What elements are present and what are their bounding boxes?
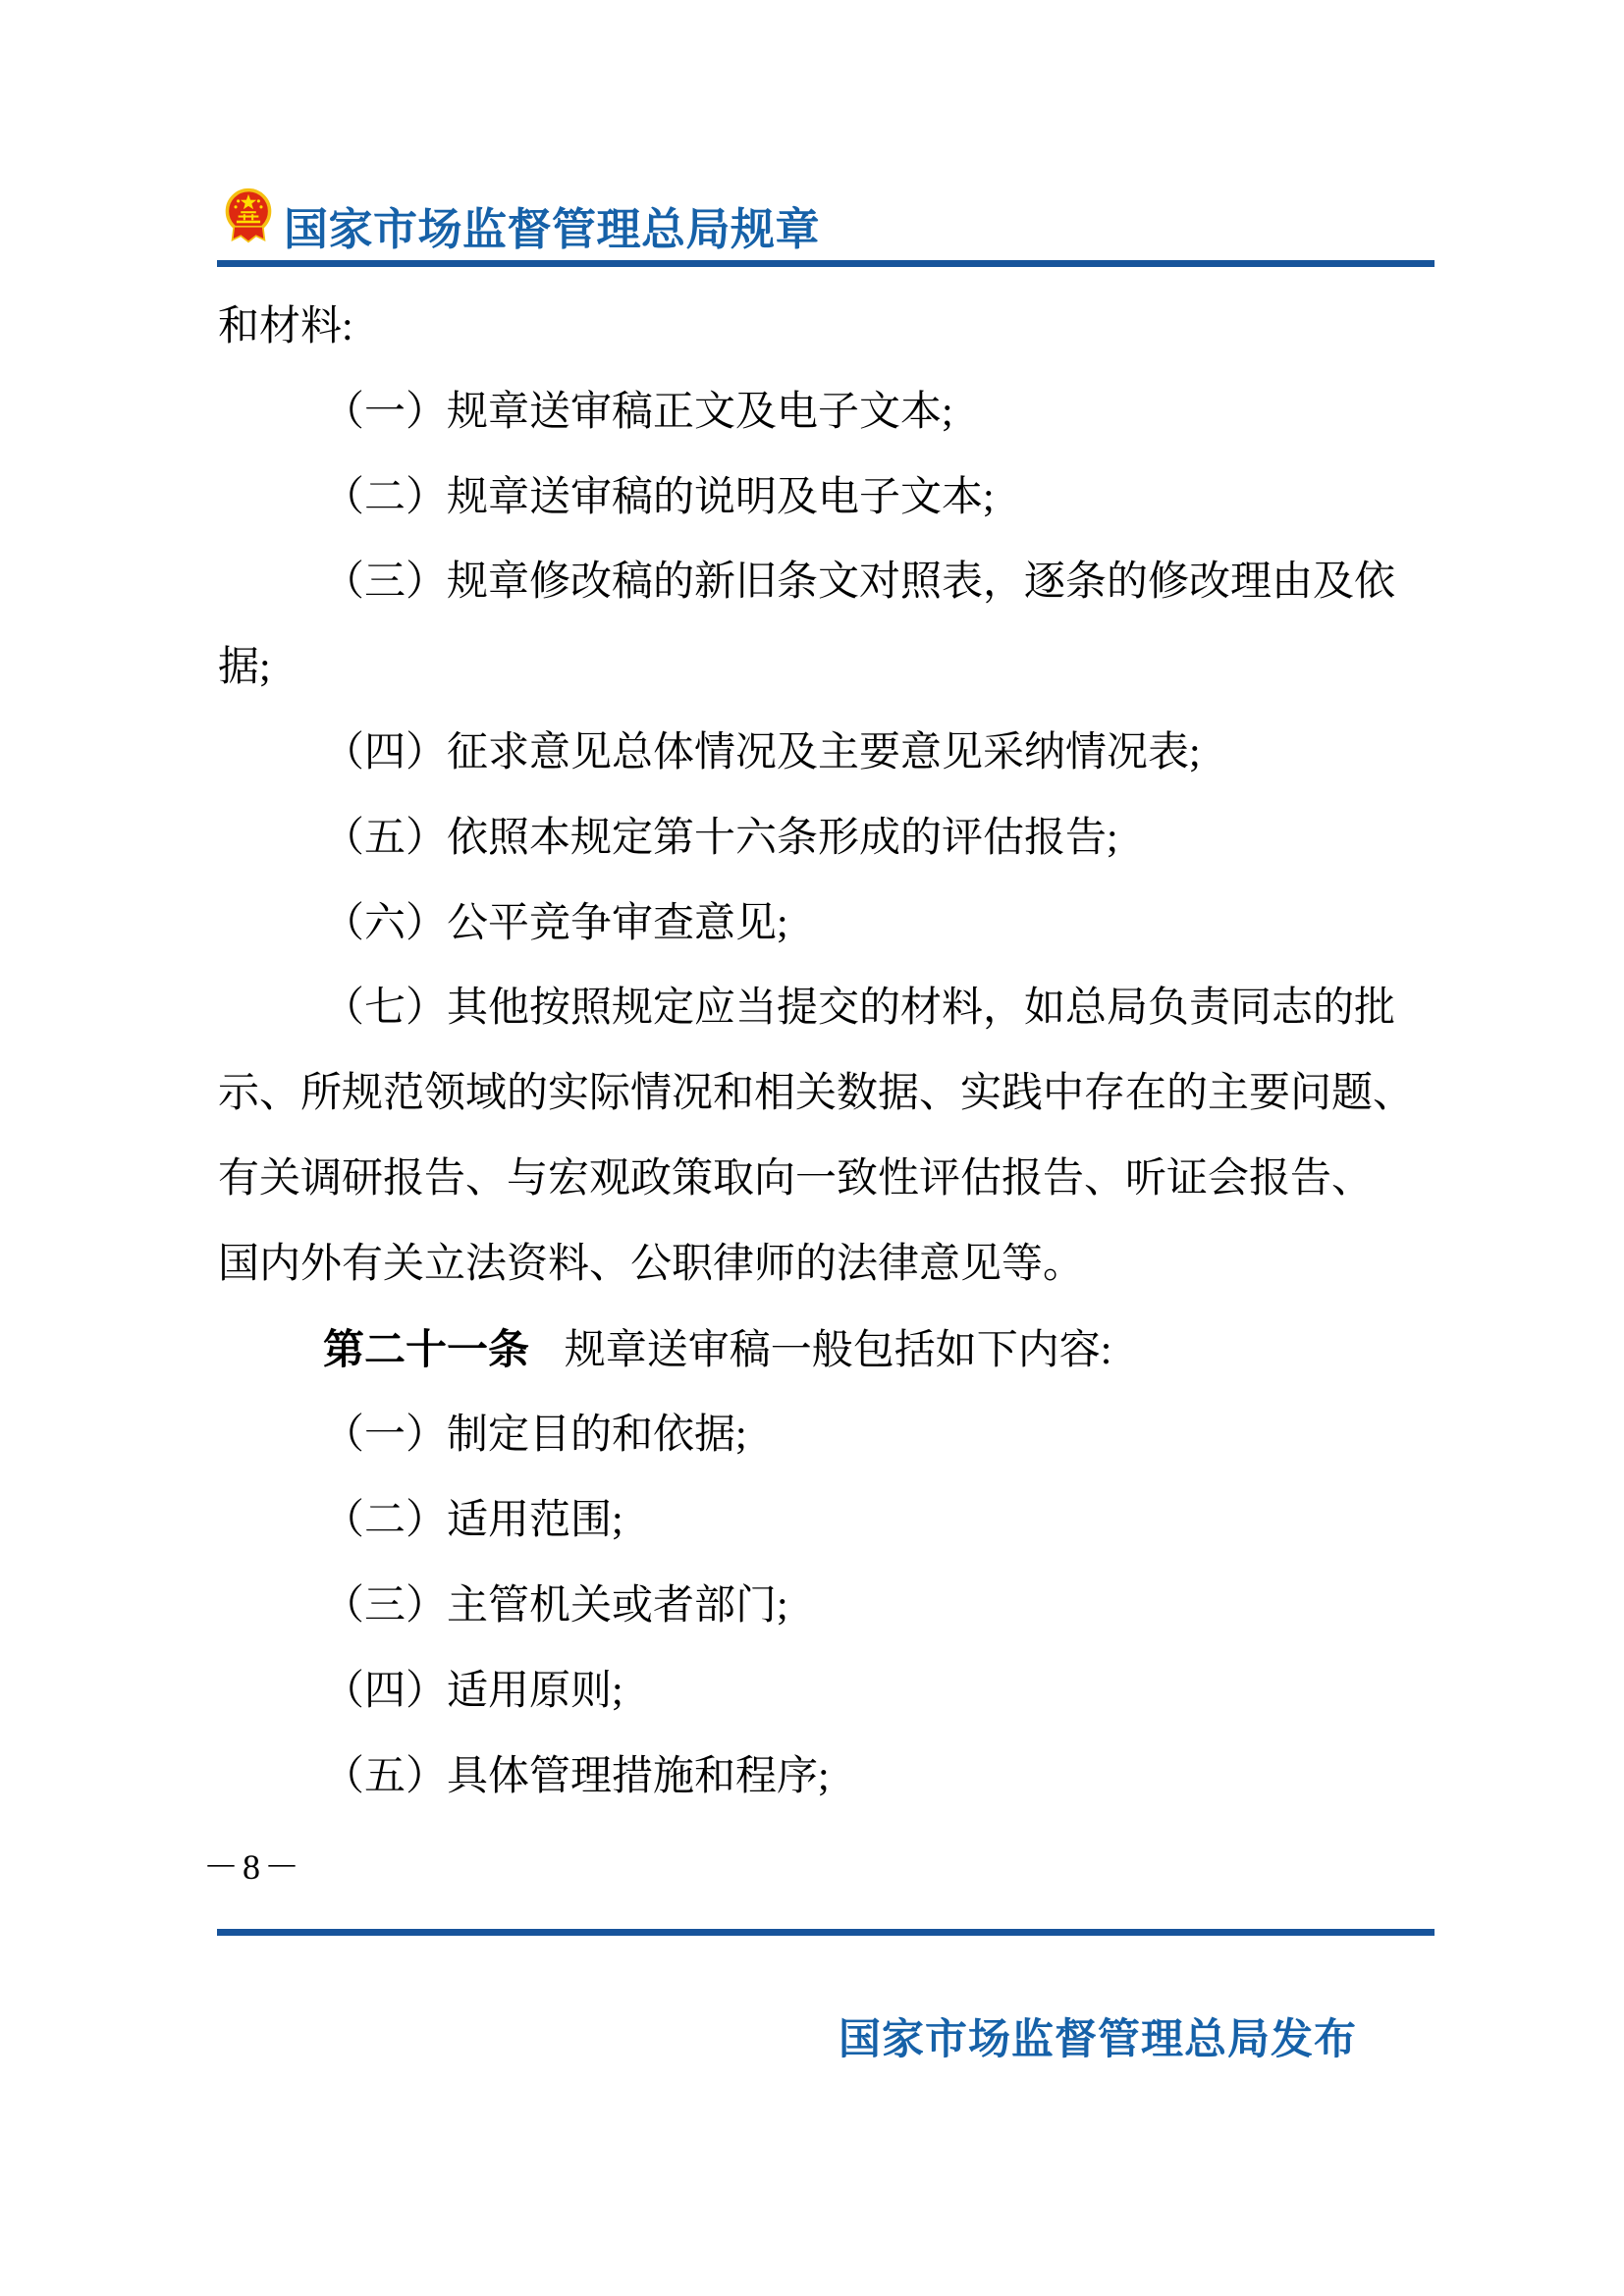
body-line: （五）依照本规定第十六条形成的评估报告; xyxy=(218,796,1411,881)
footer-rule xyxy=(217,1929,1435,1936)
header-rule xyxy=(217,260,1435,267)
body-line: （二）适用范围; xyxy=(218,1478,1411,1564)
body-line: （一）规章送审稿正文及电子文本; xyxy=(218,370,1411,455)
china-national-emblem-icon xyxy=(223,187,274,243)
body-line: （七）其他按照规定应当提交的材料，如总局负责同志的批 xyxy=(218,966,1411,1051)
body-line: （四）征求意见总体情况及主要意见采纳情况表; xyxy=(218,711,1411,796)
page-number: －8－ xyxy=(203,1840,303,1890)
body-line: 有关调研报告、与宏观政策取向一致性评估报告、听证会报告、 xyxy=(218,1137,1411,1222)
body-line: （四）适用原则; xyxy=(218,1649,1411,1735)
body-line: （五）具体管理措施和程序; xyxy=(218,1735,1411,1820)
body-line: 和材料: xyxy=(218,285,1411,370)
body-line: （三）主管机关或者部门; xyxy=(218,1564,1411,1649)
body-line: （一）制定目的和依据; xyxy=(218,1393,1411,1478)
body-line: （六）公平竞争审查意见; xyxy=(218,881,1411,967)
article-number: 第二十一条 xyxy=(323,1326,529,1372)
body-line: （三）规章修改稿的新旧条文对照表，逐条的修改理由及依 xyxy=(218,540,1411,625)
body-line: 国内外有关立法资料、公职律师的法律意见等。 xyxy=(218,1222,1411,1308)
body-line: 据; xyxy=(218,625,1411,711)
document-page: 国家市场监督管理总局规章 和材料:（一）规章送审稿正文及电子文本;（二）规章送审… xyxy=(0,0,1624,2296)
document-body: 和材料:（一）规章送审稿正文及电子文本;（二）规章送审稿的说明及电子文本;（三）… xyxy=(218,285,1411,1819)
body-line: 示、所规范领域的实际情况和相关数据、实践中存在的主要问题、 xyxy=(218,1051,1411,1137)
body-line: 第二十一条规章送审稿一般包括如下内容: xyxy=(218,1308,1411,1394)
body-line: （二）规章送审稿的说明及电子文本; xyxy=(218,455,1411,541)
header-title: 国家市场监督管理总局规章 xyxy=(284,193,820,257)
footer-publisher: 国家市场监督管理总局发布 xyxy=(839,2006,1357,2066)
